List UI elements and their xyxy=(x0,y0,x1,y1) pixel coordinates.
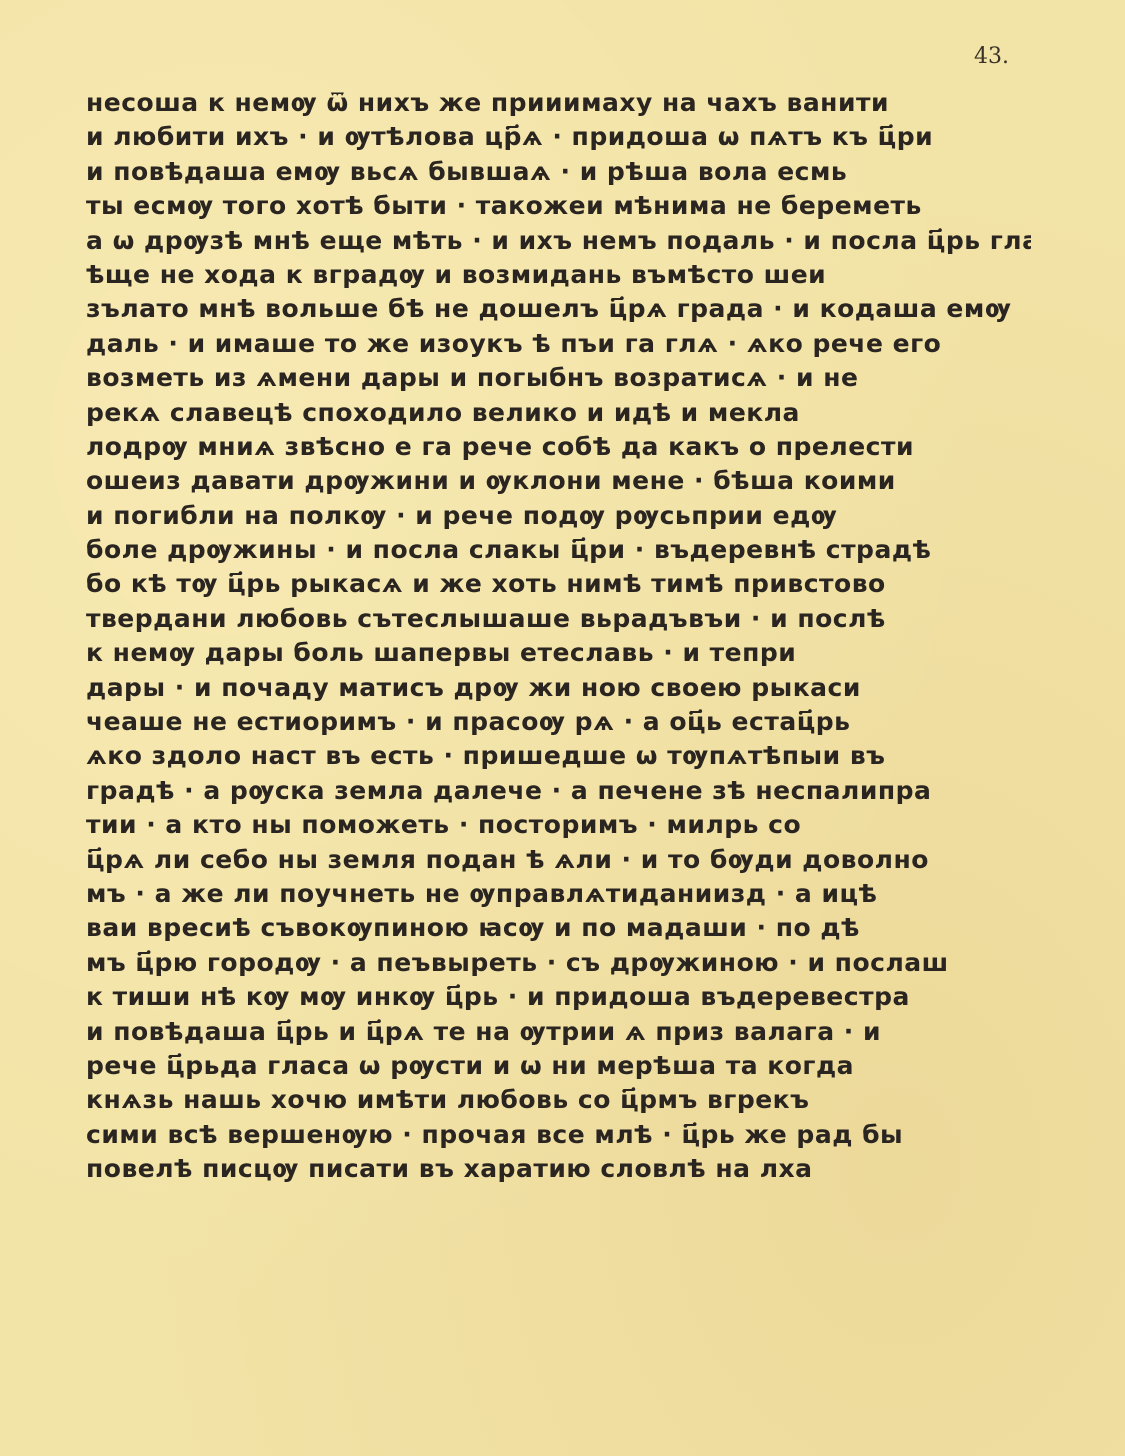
text-line: ѧко здоло наст въ есть · пришедше ѡ тѹпѧ… xyxy=(86,739,1031,773)
text-line: к немѹ дары боль шапервы етеславь · и те… xyxy=(86,636,1031,670)
text-line: зълато мнѣ вольше бѣ не дошелъ ц҃рѧ град… xyxy=(86,292,1031,326)
text-line: а ѡ дрѹзѣ мнѣ еще мѣть · и ихъ немъ пода… xyxy=(86,224,1031,258)
text-line: к тиши нѣ кѹ мѹ инкѹ ц҃рь · и придоша въ… xyxy=(86,980,1031,1014)
text-line: бо кѣ тѹ ц҃рь рыкасѧ и же хоть нимѣ тимѣ… xyxy=(86,567,1031,601)
text-line: даль · и имаше то же изоукъ ѣ пъи га глѧ… xyxy=(86,327,1031,361)
text-line: ѣще не хода к вградѹ и возмидань въмѣсто… xyxy=(86,258,1031,292)
text-line: боле дрѹжины · и посла слакы ц҃ри · въде… xyxy=(86,533,1031,567)
text-line: и повѣдаша ц҃рь и ц҃рѧ те на ѹтрии ѧ при… xyxy=(86,1015,1031,1049)
text-line: ошеиз давати дрѹжини и ѹклони мене · бѣш… xyxy=(86,464,1031,498)
text-line: ты есмѹ того хотѣ быти · такожеи мѣнима … xyxy=(86,189,1031,223)
text-line: и любити ихъ · и ѹтѣлова цр҃ѧ · придоша … xyxy=(86,120,1031,154)
text-line: лодрѹ мниѧ звѣсно е га рече собѣ да какъ… xyxy=(86,430,1031,464)
text-line: дары · и почаду матисъ дрѹ жи ною своею … xyxy=(86,671,1031,705)
text-line: несоша к немѹ ѿ нихъ же прииимаху на чах… xyxy=(86,86,1031,120)
text-line: сими всѣ вершенѹю · прочая все млѣ · ц҃р… xyxy=(86,1118,1031,1152)
text-line: возметь из ѧмени дары и погыбнъ возратис… xyxy=(86,361,1031,395)
text-line: ц҃рѧ ли себо ны земля подан ѣ ѧли · и то… xyxy=(86,843,1031,877)
text-line: кнѧзь нашь хочю имѣти любовь со ц҃рмъ вг… xyxy=(86,1083,1031,1117)
text-line: чеаше не естиоримъ · и прасоѹ рѧ · а оц҃… xyxy=(86,705,1031,739)
text-line: ваи вресиѣ съвокѹпиною ꙗсѹ и по мадаши ·… xyxy=(86,911,1031,945)
text-line: повелѣ писцѹ писати въ харатию словлѣ на… xyxy=(86,1152,1031,1186)
text-line: мъ ц҃рю городѹ · а пеъвыреть · съ дрѹжин… xyxy=(86,946,1031,980)
text-line: мъ · а же ли поучнеть не ѹправлѧтиданииз… xyxy=(86,877,1031,911)
text-line: и повѣдаша емѹ вьсѧ бывшаѧ · и рѣша вола… xyxy=(86,155,1031,189)
manuscript-text-block: несоша к немѹ ѿ нихъ же прииимаху на чах… xyxy=(86,86,1031,1187)
text-line: и погибли на полкѹ · и рече подѹ рѹсьпри… xyxy=(86,499,1031,533)
text-line: рекѧ славецѣ споходило велико и идѣ и ме… xyxy=(86,396,1031,430)
text-line: тии · а кто ны поможеть · посторимъ · ми… xyxy=(86,808,1031,842)
text-line: градѣ · а рѹска земла далече · а печене … xyxy=(86,774,1031,808)
page-number: 43. xyxy=(974,44,1009,69)
text-line: рече ц҃рьда гласа ѡ рѹсти и ѡ ни мерѣша … xyxy=(86,1049,1031,1083)
text-line: твердани любовь сътеслышаше вьрадъвъи · … xyxy=(86,602,1031,636)
